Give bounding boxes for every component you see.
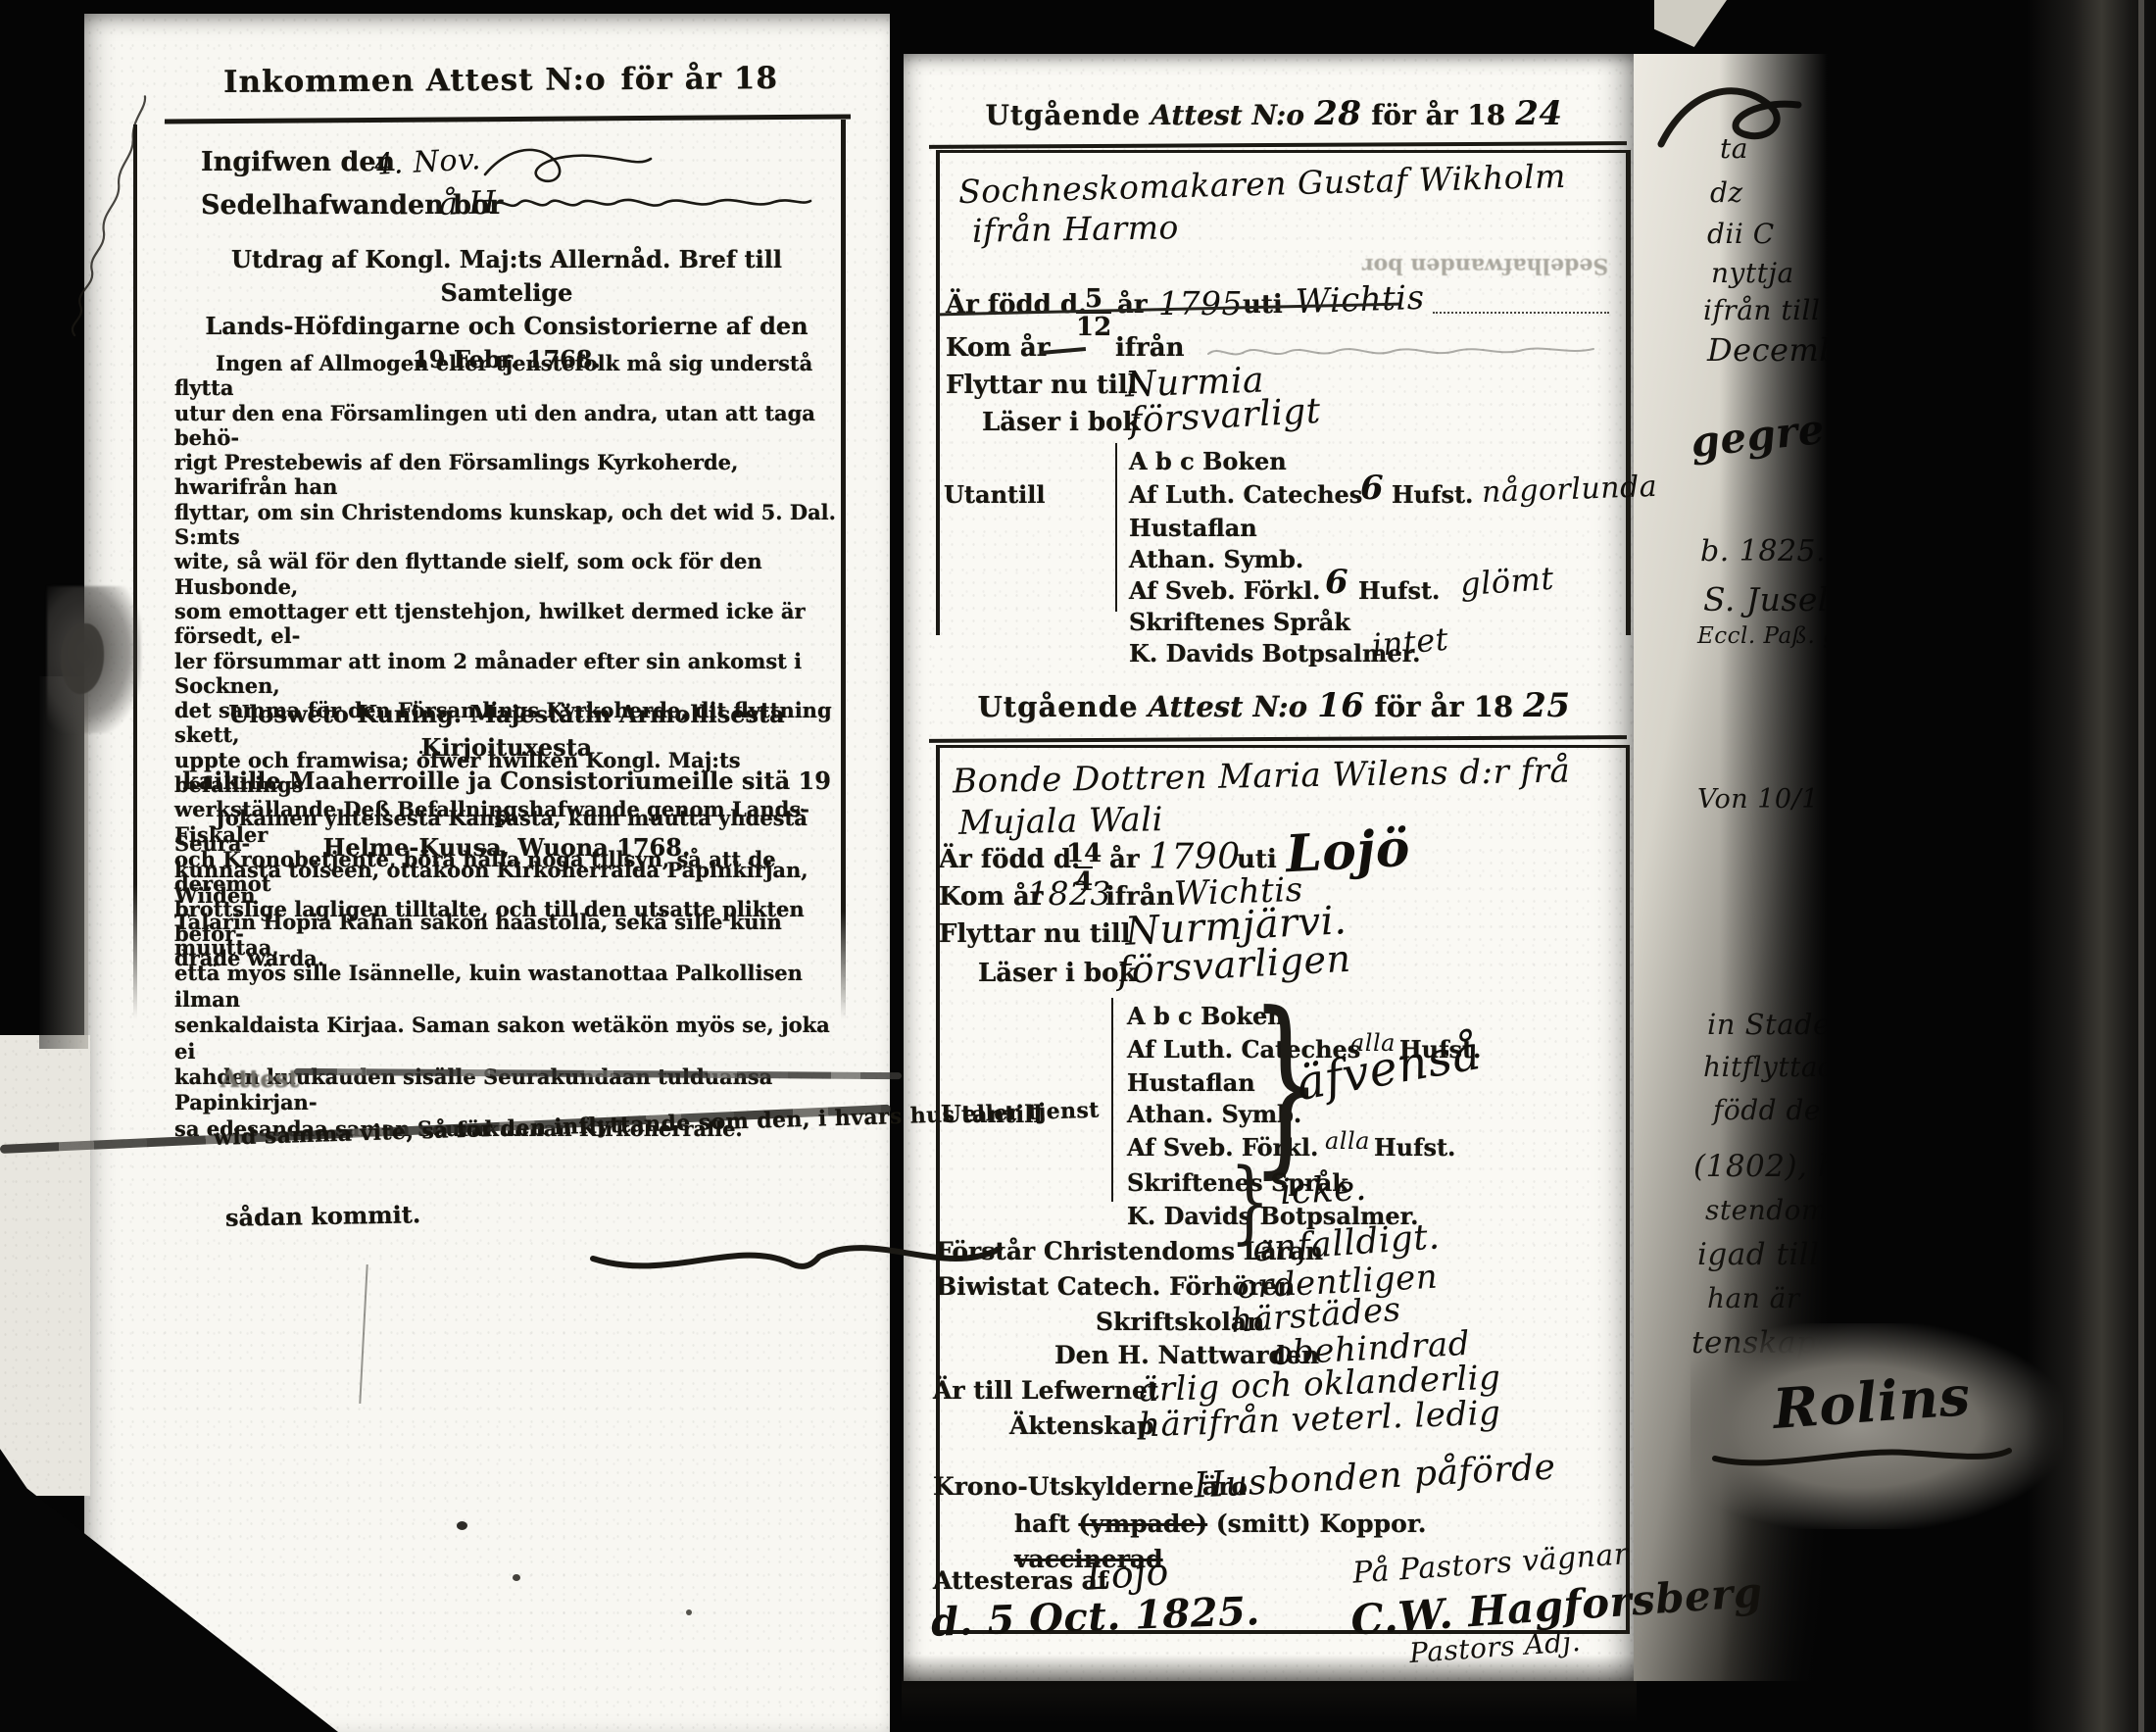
form1-born-fraction: 5 12 [1076, 286, 1111, 340]
received-value: 4. Nov. [373, 142, 482, 182]
form2-conduct-label: Är till Lefwernet [933, 1376, 1158, 1405]
form1-item-sveb: Af Sveb. Förkl. [1129, 576, 1320, 605]
left-form-header: Inkommen Attest N:o för år 18 [223, 61, 778, 100]
form1-header-year: för år 18 [1371, 99, 1505, 131]
pox-ympade: (ympade) [1078, 1509, 1207, 1538]
signature-patch: Rolins [1690, 1323, 2063, 1529]
left-header-title: Inkommen Attest N:o [223, 62, 607, 100]
form1-born-ar: år [1117, 290, 1148, 320]
form2-sveb-hufst: Hufst. [1374, 1133, 1455, 1162]
form1-item-abc: A b c Boken [1129, 447, 1287, 475]
form2-list-rule [1111, 998, 1113, 1202]
pox-smitt: (smitt) [1216, 1509, 1311, 1538]
form2-pox-line: haft (ympade) (smitt) Koppor. [1014, 1509, 1426, 1538]
pox-koppor: Koppor. [1319, 1509, 1426, 1538]
form1-davids-grade: intet [1370, 620, 1449, 665]
form1-list-rule [1115, 443, 1117, 612]
form1-sveb-no: 6 [1325, 563, 1348, 602]
margin-signature: Rolins [1771, 1363, 1973, 1442]
form2-header-no: 16 [1317, 686, 1364, 725]
bearer-value: å H [438, 183, 497, 223]
form1-item-skrift: Skriftenes Språk [1129, 608, 1350, 636]
fraction-denominator: 12 [1076, 312, 1111, 340]
form2-came-year: 1823 [1027, 874, 1111, 913]
form1-header-word: Utgående [985, 99, 1141, 131]
form1-came-ifran: ifrån [1115, 333, 1185, 363]
form2-header-attest: Attest N:o [1149, 690, 1308, 723]
form1-born-place: Wichtis [1295, 278, 1425, 322]
form2-header-year-hand: 25 [1523, 686, 1570, 725]
form2-born-label: Är född d. [939, 845, 1080, 874]
form2-born-year: 1790 [1149, 837, 1241, 877]
received-label: Ingifwen den [201, 147, 395, 177]
form2-reads-label: Läser i bok [978, 959, 1137, 988]
form1-item-athan: Athan. Symb. [1129, 545, 1303, 573]
form1-reads-label: Läser i bok [982, 408, 1141, 437]
form1-item-luth: Af Luth. Cateches [1129, 480, 1362, 509]
bearer-scribble [490, 192, 813, 216]
fraction-numerator: 14 [1066, 841, 1102, 866]
form2-item-hustaflan: Hustaflan [1127, 1068, 1255, 1097]
form2-header-word: Utgående [978, 690, 1139, 723]
form2-header-year: för år 18 [1374, 690, 1513, 723]
form1-luth-no: 6 [1360, 469, 1384, 508]
form1-header-year-hand: 24 [1515, 94, 1562, 133]
trailing-dotted-line [1433, 312, 1609, 314]
footer-line2: sådan kommit. [225, 1200, 421, 1231]
pox-haft: haft [1014, 1509, 1070, 1538]
form2-entry-line2: Mujala Wali [958, 800, 1164, 843]
archival-scan: ta dz dii C nyttja ifrån till December g… [0, 0, 2156, 1732]
form1-header: Utgående Attest N:o 28 för år 18 24 [965, 94, 1583, 133]
form1-utantill: Utantill [944, 480, 1045, 509]
form2-attest-label: Attesteras af [933, 1566, 1108, 1595]
left-header-year: för år 18 [620, 61, 778, 97]
form1-sveb-hufst: Hufst. [1358, 576, 1440, 605]
form2-born-uti: uti [1237, 845, 1277, 874]
form1-header-no: 28 [1314, 94, 1361, 133]
form1-came-label: Kom år [946, 333, 1050, 363]
form1-moves-label: Flyttar nu till [946, 371, 1138, 400]
form2-moves-label: Flyttar nu till [939, 919, 1131, 949]
form2-header: Utgående Attest N:o 16 för år 18 25 [965, 686, 1583, 725]
form1-ghost-text: Sedelhafwanden bor [1362, 253, 1608, 278]
signature-swash [1710, 1439, 2014, 1478]
form1-item-hustaflan: Hustaflan [1129, 514, 1257, 542]
film-edge-band [2027, 0, 2156, 1732]
form2-utantill: Utantill [941, 1100, 1042, 1128]
form1-entry-line2: ifrån Harmo [972, 208, 1180, 250]
form1-born-year: 1795 [1158, 284, 1243, 322]
form2-born-ar: år [1109, 845, 1140, 874]
form-border-left [133, 124, 137, 1019]
received-flourish [480, 137, 657, 188]
form1-luth-grade: någorlunda [1481, 470, 1657, 510]
ink-dot [457, 1521, 467, 1530]
corner-wedge [1654, 0, 1727, 47]
footer-faded-word: Attest [220, 1064, 299, 1093]
fraction-numerator: 5 [1085, 286, 1102, 312]
film-edge-line [2138, 0, 2144, 1732]
form2-born-place: Lojö [1284, 818, 1411, 885]
ink-dot [686, 1609, 692, 1615]
left-page-edge [0, 1035, 90, 1496]
form1-header-attest: Attest N:o [1151, 99, 1304, 131]
form2-brace2-value: icke. [1279, 1168, 1368, 1213]
right-page-torn-bottom [902, 1655, 1637, 1732]
form1-luth-hufst: Hufst. [1392, 480, 1473, 509]
faint-scribble [1205, 341, 1597, 363]
form1-sveb-grade: glömt [1459, 560, 1555, 604]
ink-dot [513, 1574, 520, 1581]
form2-marriage-label: Äktenskap [1009, 1411, 1153, 1440]
form2-sveb-hand: alla [1325, 1127, 1370, 1155]
